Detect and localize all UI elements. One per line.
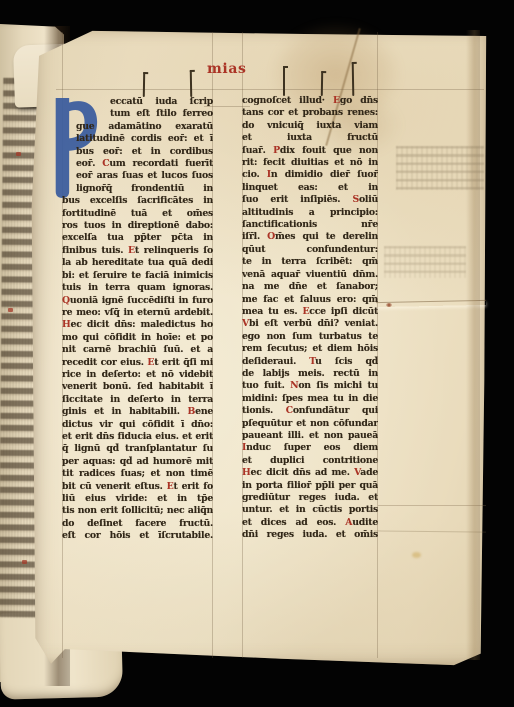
body-text: bus eor̄: et in cordibus altariū xyxy=(76,146,213,158)
text-line: recedit cor eius. Et erit q̄ſi mi xyxy=(62,357,213,369)
text-line: bi: et ſeruire te faciā inimicis xyxy=(62,270,213,282)
text-line: et dices ad eos. Audite verbum xyxy=(242,517,378,529)
body-text: venā aquar̄ viuentiū dn̄m. xyxy=(242,269,378,280)
body-text: ros tuos in direptionē dabo: xyxy=(62,220,213,231)
text-line: pſequūtur et non cōfundar ego. xyxy=(242,418,378,430)
text-line: bit cū venerit eſtus. Et erit fo xyxy=(62,481,213,493)
body-text: t relinqueris ſo xyxy=(135,245,213,256)
text-line: ego non ſum turbatus te paſto xyxy=(242,331,378,343)
body-text: eccatū iuda ſcrip xyxy=(110,96,213,107)
body-text: deſideraui. xyxy=(242,356,309,367)
rubricated-text: O xyxy=(267,231,275,242)
body-text: qūut confundentur: recedentes a xyxy=(242,244,378,256)
text-line: per aquas: qd̄ ad humorē mit xyxy=(62,456,213,468)
body-text: tuis in terra quam ignoras. xyxy=(62,282,213,293)
ruling-line xyxy=(56,89,484,90)
text-line: et erit dn̄s fiducia eius. et erit xyxy=(62,431,213,443)
body-text: ginis et in habitabili. xyxy=(62,406,188,417)
body-text: te in terra ſcribēt: qm̄ dereliq̄rūt xyxy=(242,256,378,268)
text-line: eccatū iuda ſcrip cap̄ xvij· xyxy=(62,96,213,108)
text-line: tis non erit ſollicitū; nec aliq̄n xyxy=(62,505,213,517)
text-line: deſideraui. Tu ſcis qd̄ egreſſū eſt xyxy=(242,356,378,368)
body-text: m̄es qui te derelin xyxy=(275,231,378,242)
body-text: tis non erit ſollicitū; nec aliq̄n xyxy=(62,505,213,516)
body-text: gue adamātino exaratū ſuper xyxy=(76,121,213,133)
sliver-rubric-mark xyxy=(16,152,21,156)
text-line: Vbi eſt verbū dn̄i? veniat. Et xyxy=(242,318,378,330)
text-line: fortitudinē tuā et om̄es theſau xyxy=(62,208,213,220)
sliver-rubric-mark xyxy=(22,560,27,564)
text-line: gue adamātino exaratū ſuper xyxy=(62,121,213,133)
text-line: qūut confundentur: recedentes a xyxy=(242,244,378,256)
text-line: venā aquar̄ viuentiū dn̄m. Sa xyxy=(242,269,378,281)
manuscript-photo: mias eccatū iuda ſcrip cap̄ xvij·tum eſt… xyxy=(0,0,514,707)
body-text: grediūtur reges iuda. et egredi xyxy=(242,492,378,504)
body-text: me fac et ſaluus ero: qm̄ laus xyxy=(242,294,378,306)
text-line: te in terra ſcribēt: qm̄ dereliq̄rūt xyxy=(242,256,378,268)
text-line: tans cor et probans renes: qui xyxy=(242,107,378,119)
body-text: pſequūtur et non cōfundar ego. xyxy=(242,418,378,430)
text-line: tit radices ſuas; et non timē xyxy=(62,468,213,480)
text-line: et iuxta fructū adinuentionū xyxy=(242,132,378,144)
text-line: rit: fecit diuitias et nō in iudi xyxy=(242,157,378,169)
text-line: rice in deſerto: et nō videbit cū xyxy=(62,369,213,381)
rubricated-text: E xyxy=(333,95,340,106)
text-line: paueant illi. et non paueā ego. xyxy=(242,430,378,442)
body-text: t erit fo xyxy=(173,481,213,492)
body-text: cognoſcet illud· xyxy=(242,95,333,106)
text-line: ginis et in habitabili. Bene xyxy=(62,406,213,418)
body-text: ene xyxy=(195,406,213,417)
text-line: latitudinē cordis eor̄: et ī cordi xyxy=(62,133,213,145)
body-text: na me dn̄e et ſanabor; ſaluum xyxy=(242,281,378,293)
body-text: in porta filior̄ pp̄li per quā in xyxy=(242,480,378,492)
text-line: altitudinis a principio: locus xyxy=(242,207,378,219)
text-line: rem ſecutus; et diem hōis nō xyxy=(242,343,378,355)
text-line: ros tuos in direptionē dabo: xyxy=(62,220,213,232)
text-line: untur. et in cūctis portis ier̄lm; xyxy=(242,504,378,516)
text-line: mo qui cōfidit in hoīe: et po xyxy=(62,332,213,344)
body-text: tans cor et probans renes: qui xyxy=(242,107,378,119)
text-line: Hec dicit dn̄s: maledictus ho xyxy=(62,319,213,331)
body-text: finibus tuis. xyxy=(62,245,128,256)
text-line: ſuo erit inſipiēs. Soliū glorie xyxy=(242,194,378,206)
body-text: uoniā ignē ſuccēdiſti in furo xyxy=(70,295,213,306)
body-text: rit: fecit diuitias et nō in iudi xyxy=(242,157,378,169)
rubricated-text: E xyxy=(128,245,135,256)
body-text: mo qui cōfidit in hoīe: et po xyxy=(62,332,213,343)
text-line: midini: ſpes mea tu in die afflic xyxy=(242,393,378,405)
text-line: Induc ſuper eos diem afflictiōis: xyxy=(242,442,378,454)
text-line: dictus vir qui cōfidit ī dn̄o: xyxy=(62,419,213,431)
body-text: cio. xyxy=(242,169,267,180)
body-text: bi: et ſeruire te faciā inimicis xyxy=(62,270,213,281)
text-line: dn̄i reges iuda. et om̄is iuda cūc xyxy=(242,529,378,541)
body-text: et iuxta fructū adinuentionū xyxy=(242,132,378,144)
text-line: re meo: vſq̄ in eternū ardebit. xyxy=(62,307,213,319)
text-line: bus excelſis ſacrificātes in agro: xyxy=(62,195,213,207)
text-line: ſuar̄. Pdix fouit que non pep̄ xyxy=(242,145,378,157)
text-line: q̄ lignū qd̄ tranſplantatur ſu xyxy=(62,443,213,455)
text-line: nit carnē brachiū ſuū. et a dn̄o xyxy=(62,344,213,356)
text-line: eor̄ aras ſuas et lucos ſuos xyxy=(62,170,213,182)
body-text: eor̄ aras ſuas et lucos ſuos xyxy=(76,170,213,181)
body-text: bi eſt verbū dn̄i? veniat. xyxy=(249,318,378,329)
rubricated-text: C xyxy=(286,405,293,416)
text-line: de labijs meis. rectū in cōſpectu xyxy=(242,368,378,380)
text-line: iſr̄l. Om̄es qui te derelin xyxy=(242,231,378,243)
text-line: lignor̄q̄ frondentiū in montī xyxy=(62,183,213,195)
body-text: et duplici contritione contere eos. xyxy=(242,455,378,467)
body-text: venerit bonū. ſed habitabit ī xyxy=(62,381,213,392)
text-line: Hec dicit dn̄s ad me. Vade et ſta xyxy=(242,467,378,479)
body-text: ego non ſum turbatus te paſto xyxy=(242,331,378,343)
rubricated-text: B xyxy=(188,406,196,417)
body-text: liū eius viride: et in tp̄e ſiccita xyxy=(62,493,213,505)
body-text: per aquas: qd̄ ad humorē mit xyxy=(62,456,213,467)
rubricated-text: H xyxy=(242,467,251,478)
text-line: tuis in terra quam ignoras. xyxy=(62,282,213,294)
body-text: rem ſecutus; et diem hōis nō xyxy=(242,343,378,355)
body-text: q̄ lignū qd̄ tranſplantatur ſu xyxy=(62,443,213,454)
body-text: untur. et in cūctis portis ier̄lm; xyxy=(242,504,378,516)
text-line: tum eſt ſtilo ferreo in vn xyxy=(62,108,213,120)
body-text: tit radices ſuas; et non timē xyxy=(62,468,213,479)
text-line: excelſa tua pp̄ter pc̄ta in vniūſis xyxy=(62,232,213,244)
text-line: me fac et ſaluus ero: qm̄ laus xyxy=(242,294,378,306)
body-text: do deſinet facere fructū. xyxy=(62,518,213,529)
body-text: midini: ſpes mea tu in die afflic xyxy=(242,393,378,405)
body-text: paueant illi. et non paueā ego. xyxy=(242,430,378,442)
verso-showthrough xyxy=(396,146,484,190)
text-line: do vnicuiq̄ iuxta viam ſuam: xyxy=(242,120,378,132)
text-line: Quoniā ignē ſuccēdiſti in furo xyxy=(62,295,213,307)
text-column-right: cognoſcet illud· Ego dn̄s ſcrutans cor e… xyxy=(242,95,378,542)
body-text: ſanctificationis nr̄e expectatio xyxy=(242,219,378,231)
body-text: re meo: vſq̄ in eternū ardebit. xyxy=(62,307,213,318)
body-text: et erit dn̄s fiducia eius. et erit xyxy=(62,431,213,442)
body-text: eſt cor hōis et īſcrutabile. xyxy=(62,530,213,541)
rubricated-text: P xyxy=(273,145,280,156)
sliver-rubric-mark xyxy=(8,308,13,312)
text-line: grediūtur reges iuda. et egredi xyxy=(242,492,378,504)
text-line: tuo fuit. Non ſis michi tu for xyxy=(242,380,378,392)
body-text: rice in deſerto: et nō videbit cū xyxy=(62,369,213,381)
body-text: t erit q̄ſi mi xyxy=(154,357,213,368)
text-line: la ab hereditate tua quā dedi ti xyxy=(62,257,213,269)
text-line: tionis. Confundātur qui me xyxy=(242,405,378,417)
body-text: iſr̄l. xyxy=(242,231,267,242)
verso-showthrough xyxy=(384,246,466,278)
rubricated-text: V xyxy=(242,318,249,329)
rubricated-text: H xyxy=(62,319,71,330)
text-line: et duplici contritione contere eos. xyxy=(242,455,378,467)
text-line: bus eor̄: et in cordibus altariū xyxy=(62,146,213,158)
body-text: et dices ad eos. xyxy=(242,517,345,528)
body-text: ſuo erit inſipiēs. xyxy=(242,194,353,205)
body-text: de labijs meis. rectū in cōſpectu xyxy=(242,368,378,380)
body-text: tuo fuit. xyxy=(242,380,290,391)
text-line: eor̄. Cum recordati fuerīt filij xyxy=(62,158,213,170)
body-text: latitudinē cordis eor̄: et ī cordi xyxy=(76,133,213,145)
body-text: dn̄i reges iuda. et om̄is iuda cūc xyxy=(242,529,378,541)
body-text: excelſa tua pp̄ter pc̄ta in vniūſis xyxy=(62,232,213,244)
text-column-left: eccatū iuda ſcrip cap̄ xvij·tum eſt ſtil… xyxy=(62,96,213,543)
body-text: ſiccitate in deſerto in terra ſalſu xyxy=(62,394,213,406)
text-line: cio. In dimidio dier̄ ſuor̄ dere xyxy=(242,169,378,181)
rubricated-text: Q xyxy=(62,295,70,306)
body-text: lignor̄q̄ frondentiū in montī xyxy=(76,183,213,195)
body-text: ec dicit dn̄s: maledictus ho xyxy=(71,319,213,330)
text-line: linquet eas: et in nouiſſimo xyxy=(242,182,378,194)
text-line: na me dn̄e et ſanabor; ſaluum xyxy=(242,281,378,293)
body-text: nduc ſuper eos diem afflictiōis: xyxy=(242,442,378,454)
text-line: ſanctificationis nr̄e expectatio xyxy=(242,219,378,231)
text-line: venerit bonū. ſed habitabit ī xyxy=(62,381,213,393)
text-line: in porta filior̄ pp̄li per quā in xyxy=(242,480,378,492)
body-text: fortitudinē tuā et om̄es theſau xyxy=(62,208,213,220)
text-line: mea tu es. Ecce ipſi dicūt ad me: xyxy=(242,306,378,318)
ascender-stroke xyxy=(283,66,285,96)
body-text: mea tu es. xyxy=(242,306,302,317)
text-line: ſiccitate in deſerto in terra ſalſu xyxy=(62,394,213,406)
body-text: dictus vir qui cōfidit ī dn̄o: xyxy=(62,419,213,430)
text-line: do deſinet facere fructū. Prauū xyxy=(62,518,213,530)
body-text: eor̄. xyxy=(76,158,102,169)
body-text: recedit cor eius. xyxy=(62,357,147,368)
body-text: tum eſt ſtilo ferreo in vn xyxy=(110,108,213,120)
body-text: ec dicit dn̄s ad me. xyxy=(251,467,355,478)
body-text: linquet eas: et in nouiſſimo xyxy=(242,182,378,194)
text-line: liū eius viride: et in tp̄e ſiccita xyxy=(62,493,213,505)
body-text: tionis. xyxy=(242,405,286,416)
body-text: do vnicuiq̄ iuxta viam ſuam: xyxy=(242,120,378,132)
text-line: eſt cor hōis et īſcrutabile. Quis xyxy=(62,530,213,542)
body-text: bus excelſis ſacrificātes in agro: xyxy=(62,195,213,207)
body-text: la ab hereditate tua quā dedi ti xyxy=(62,257,213,269)
running-header: mias xyxy=(207,61,247,77)
body-text: altitudinis a principio: locus xyxy=(242,207,378,219)
body-text: ſuar̄. xyxy=(242,145,273,156)
body-text: bit cū venerit eſtus. xyxy=(62,481,167,492)
text-line: finibus tuis. Et relinqueris ſo xyxy=(62,245,213,257)
body-text: nit carnē brachiū ſuū. et a dn̄o xyxy=(62,344,213,356)
text-line: cognoſcet illud· Ego dn̄s ſcru xyxy=(242,95,378,107)
